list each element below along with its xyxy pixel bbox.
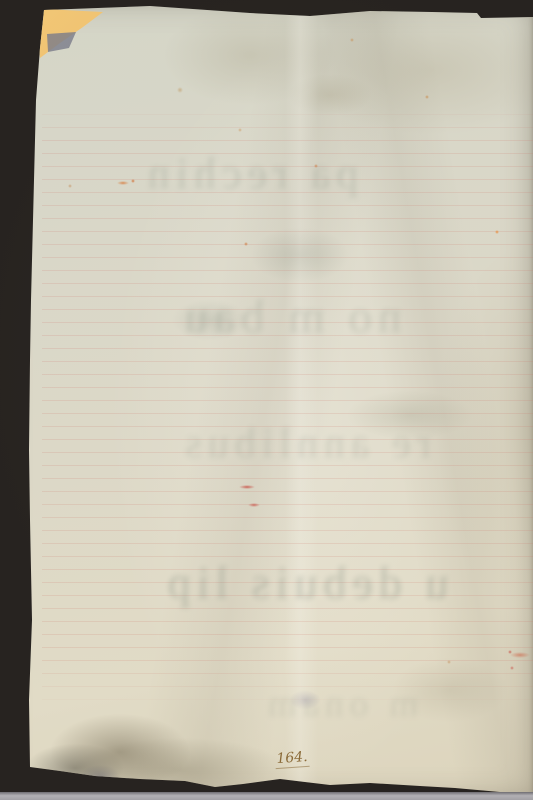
ghost-text-line: re annlibus (105, 420, 505, 468)
ghost-text-line: m onam (225, 683, 455, 726)
wrinkles-overlay (0, 0, 533, 800)
photograph-background: pa rechin no m bau re annlibus u debuis … (0, 0, 533, 800)
scan-cradle-strip (0, 792, 533, 800)
folio-number-text: 164. (275, 749, 309, 769)
ruling-lines (42, 102, 533, 710)
ghost-text-line: pa rechin (85, 148, 415, 199)
folio-number: 164. (262, 748, 323, 768)
corner-tear-shadow (0, 0, 533, 800)
parchment-page: pa rechin no m bau re annlibus u debuis … (0, 0, 533, 800)
corner-repair-patch (0, 0, 533, 800)
ghost-text-line: no m bau (90, 290, 490, 344)
ghost-text-line: u debuis lip (95, 556, 515, 609)
stains-overlay (0, 0, 533, 800)
foxing-spots (0, 0, 533, 800)
